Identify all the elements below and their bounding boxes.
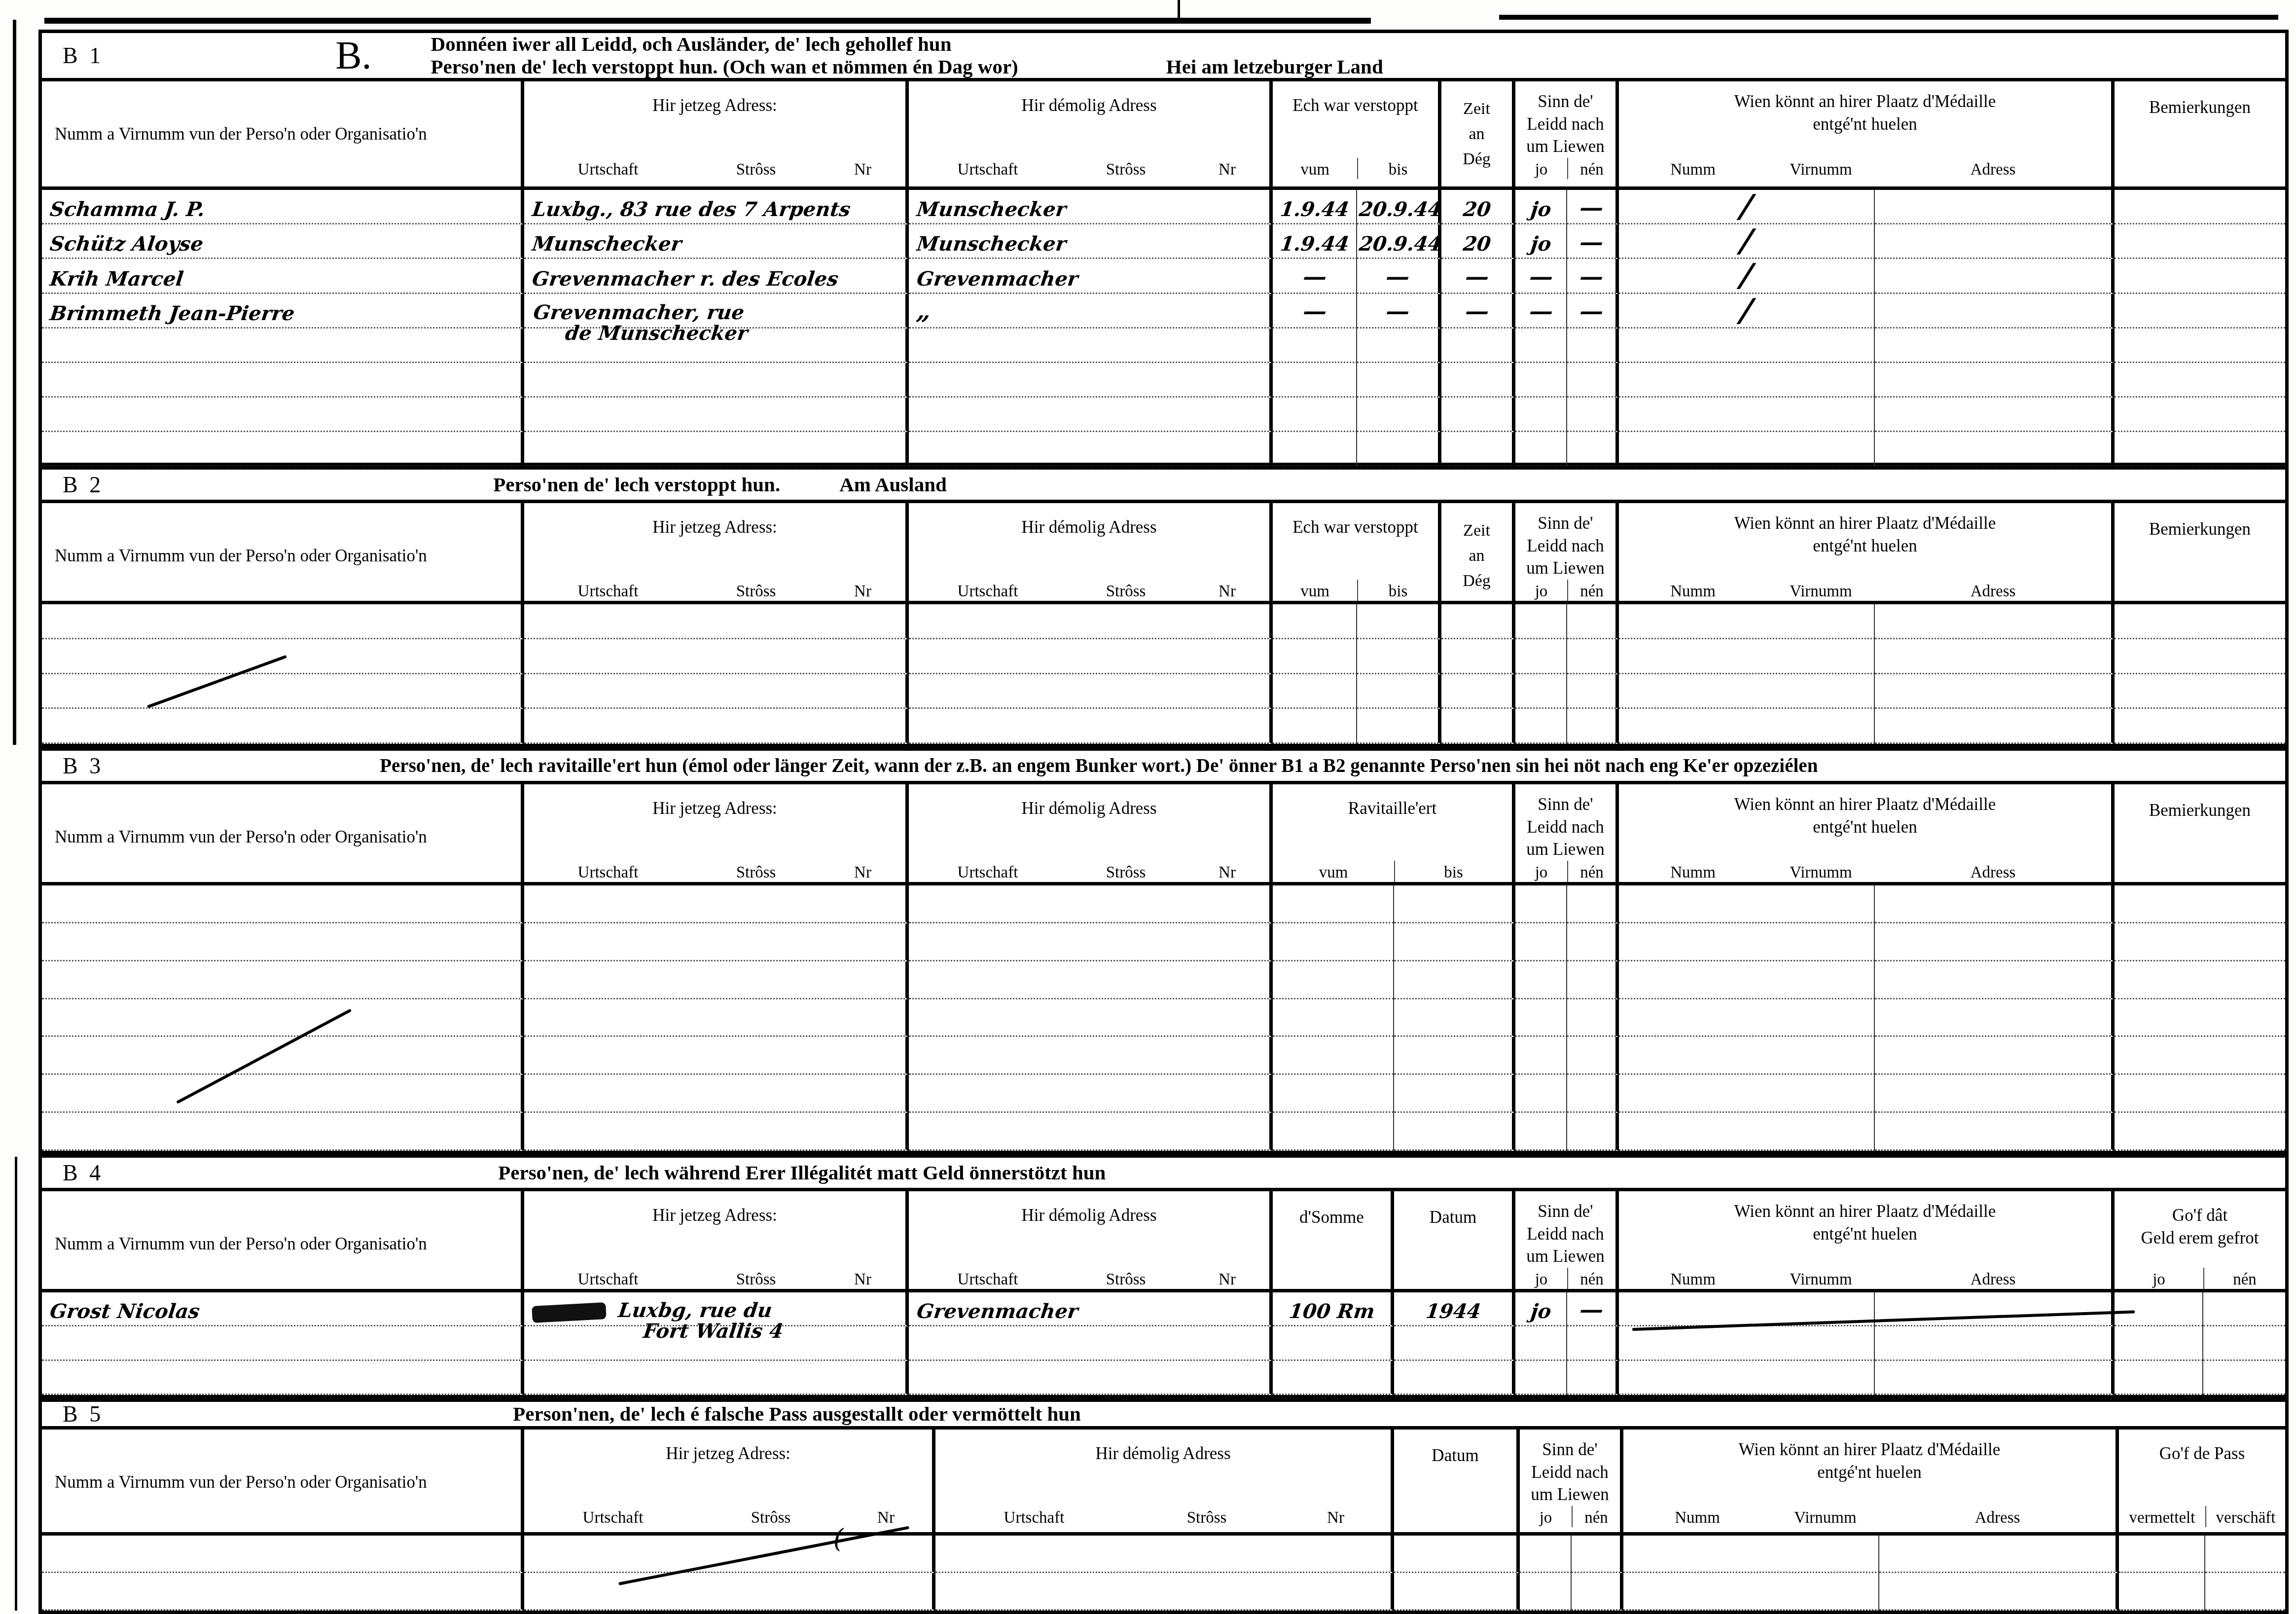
table-cell-zeit bbox=[1441, 398, 1515, 432]
table-cell-adress bbox=[1875, 1037, 2115, 1075]
table-cell-bem bbox=[2115, 259, 2285, 293]
table-cell-jo bbox=[1515, 1113, 1567, 1151]
table-cell-demolig bbox=[909, 1326, 1273, 1360]
table-cell-jo bbox=[1515, 923, 1567, 961]
table-cell-name bbox=[42, 1037, 524, 1075]
scan-edge-line-lower bbox=[15, 1157, 17, 1611]
table-cell-bis bbox=[1357, 363, 1441, 398]
table-cell-demolig bbox=[909, 709, 1273, 744]
table-cell-bem bbox=[2115, 961, 2285, 999]
table-cell-verm bbox=[2119, 1536, 2205, 1573]
column-subheader-urtschaft: Urtschaft bbox=[524, 1506, 702, 1527]
table-cell-nen bbox=[1567, 329, 1619, 363]
section-b2: B 2 Perso'nen de' lech verstoppt hun.Am … bbox=[38, 466, 2289, 747]
top-border-line bbox=[44, 18, 1371, 24]
handwritten-entry: 1944 bbox=[1422, 1301, 1484, 1325]
table-cell-vum bbox=[1273, 1075, 1394, 1113]
handwritten-entry: — bbox=[1576, 299, 1607, 327]
column-subheader-stross: Strôss bbox=[1067, 1268, 1185, 1289]
table-cell-zeit: 20 bbox=[1441, 224, 1515, 259]
column-subheader-adress: Adress bbox=[1875, 158, 2111, 179]
table-cell-demolig bbox=[909, 999, 1273, 1037]
handwritten-entry: — bbox=[1461, 299, 1492, 327]
handwritten-entry: — bbox=[1576, 264, 1607, 292]
table-cell-gjo bbox=[2115, 1326, 2203, 1360]
table-b1: Numm a Virnumm vun der Perso'n oder Orga… bbox=[42, 81, 2285, 467]
table-cell-name bbox=[42, 961, 524, 999]
table-cell-bem bbox=[2115, 1075, 2285, 1113]
table-cell-jo bbox=[1515, 1075, 1567, 1113]
column-subheader-nr: Nr bbox=[820, 1268, 905, 1289]
table-header-row: Numm a Virnumm vun der Perso'n oder Orga… bbox=[42, 784, 2285, 885]
column-subheader-nr: Nr bbox=[1185, 1268, 1269, 1289]
table-body bbox=[42, 885, 2285, 1151]
column-subheader-adress: Adress bbox=[1875, 861, 2111, 882]
table-cell-name: Krih Marcel bbox=[42, 259, 524, 293]
table-cell-vum bbox=[1273, 674, 1357, 709]
section-b4: B 4 Perso'nen, de' lech während Erer Ill… bbox=[38, 1154, 2289, 1398]
table-cell-bem bbox=[2115, 398, 2285, 432]
table-cell-gjo bbox=[2115, 1361, 2203, 1395]
table-cell-demolig bbox=[909, 639, 1273, 674]
table-cell-bem bbox=[2115, 1037, 2285, 1075]
table-cell-adress bbox=[1875, 999, 2115, 1037]
column-header-wien: Wien könnt an hirer Plaatz d'Médailleent… bbox=[1623, 1430, 2119, 1535]
table-cell-jetzeg bbox=[524, 1536, 935, 1573]
column-header-sinn: Sinn de'Leidd nachum Liewenjonén bbox=[1520, 1430, 1623, 1535]
table-cell-gnen bbox=[2203, 1326, 2285, 1360]
table-cell-demolig: „ bbox=[909, 294, 1273, 329]
table-cell-bem bbox=[2115, 674, 2285, 709]
column-subheader-virnumm: Virnumm bbox=[1767, 861, 1875, 882]
table-cell-nen bbox=[1567, 923, 1619, 961]
table-cell-bem bbox=[2115, 224, 2285, 259]
table-cell-jetzeg bbox=[524, 432, 909, 467]
handwritten-entry: jo bbox=[1527, 234, 1554, 257]
column-header-gof_pass: Go'f de Passvermetteltverschäft bbox=[2119, 1430, 2285, 1535]
table-cell-demolig bbox=[909, 1361, 1273, 1395]
table-cell-datum bbox=[1394, 1361, 1515, 1395]
table-cell-versch bbox=[2205, 1536, 2285, 1573]
column-subheader-virnumm: Virnumm bbox=[1771, 1506, 1879, 1527]
table-cell-wien bbox=[1619, 604, 1875, 639]
table-cell-nen bbox=[1567, 1361, 1619, 1395]
table-cell-adress bbox=[1875, 674, 2115, 709]
table-cell-adress bbox=[1875, 639, 2115, 674]
table-b3: Numm a Virnumm vun der Perso'n oder Orga… bbox=[42, 784, 2285, 1151]
column-subheader-virnumm: Virnumm bbox=[1767, 158, 1875, 179]
table-cell-jetzeg bbox=[524, 999, 909, 1037]
table-cell-nen bbox=[1567, 709, 1619, 744]
table-cell-jetzeg: Luxbg., 83 rue des 7 Arpents bbox=[524, 190, 909, 224]
table-cell-name: Schamma J. P. bbox=[42, 190, 524, 224]
handwritten-entry: 1.9.44 bbox=[1277, 199, 1352, 223]
table-cell-wien bbox=[1619, 923, 1875, 961]
table-cell-bis bbox=[1357, 398, 1441, 432]
table-cell-datum: 1944 bbox=[1394, 1292, 1515, 1326]
table-cell-jetzeg bbox=[524, 639, 909, 674]
handwritten-entry: / bbox=[1737, 224, 1757, 257]
table-cell-jetzeg bbox=[524, 674, 909, 709]
handwritten-entry: — bbox=[1576, 230, 1607, 257]
table-cell-nen bbox=[1567, 1037, 1619, 1075]
table-cell-jo: jo bbox=[1515, 190, 1567, 224]
table-cell-vum: — bbox=[1273, 259, 1357, 293]
table-cell-bem bbox=[2115, 190, 2285, 224]
table-cell-name: Grost Nicolas bbox=[42, 1292, 524, 1326]
table-cell-wien bbox=[1619, 398, 1875, 432]
table-cell-name bbox=[42, 1113, 524, 1151]
column-header-datum: Datum bbox=[1394, 1191, 1515, 1297]
section-b5-titlebar: B 5 Person'nen, de' lech é falsche Pass … bbox=[42, 1402, 2285, 1430]
section-b3: B 3 Perso'nen, de' lech ravitaille'ert h… bbox=[38, 747, 2289, 1154]
table-cell-datum bbox=[1394, 1536, 1520, 1573]
table-cell-wien bbox=[1623, 1536, 1879, 1573]
table-cell-zeit bbox=[1441, 639, 1515, 674]
column-header-wien: Wien könnt an hirer Plaatz d'Médailleent… bbox=[1619, 1191, 2115, 1297]
column-subheader-vum: vum bbox=[1273, 158, 1357, 179]
title-right-label: Hei am letzeburger Land bbox=[1166, 55, 1383, 78]
column-subheader-nr: Nr bbox=[820, 861, 905, 882]
table-cell-vum: 1.9.44 bbox=[1273, 190, 1357, 224]
column-header-zeit: ZeitanDég bbox=[1441, 503, 1515, 609]
column-header-demolig: Hir démolig AdressUrtschaftStrôssNr bbox=[909, 503, 1273, 609]
table-cell-adress bbox=[1879, 1573, 2119, 1611]
column-subheader-virnumm: Virnumm bbox=[1767, 1268, 1875, 1289]
table-cell-demolig bbox=[909, 329, 1273, 363]
fold-tick-mark bbox=[1178, 0, 1180, 19]
table-cell-jo bbox=[1515, 604, 1567, 639]
top-border-line-right bbox=[1499, 15, 2278, 20]
table-cell-adress bbox=[1875, 259, 2115, 293]
column-subheader-urtschaft: Urtschaft bbox=[909, 580, 1067, 601]
table-cell-name bbox=[42, 885, 524, 923]
title-line-1: Donnéen iwer all Leidd, och Ausländer, d… bbox=[431, 33, 1383, 56]
column-subheader-nr: Nr bbox=[1185, 861, 1269, 882]
table-cell-nen bbox=[1567, 961, 1619, 999]
table-cell-demolig bbox=[909, 923, 1273, 961]
column-subheader-numm: Numm bbox=[1619, 1268, 1767, 1289]
table-cell-demolig: Grevenmacher bbox=[909, 1292, 1273, 1326]
handwritten-entry: — bbox=[1576, 1297, 1607, 1325]
table-cell-adress bbox=[1875, 294, 2115, 329]
table-cell-bis bbox=[1394, 1037, 1515, 1075]
table-cell-bem bbox=[2115, 432, 2285, 467]
handwritten-entry: Grevenmacher, rue de Munschecker bbox=[521, 302, 753, 347]
column-header-ravitailleert: Ravitaille'ertvumbis bbox=[1273, 784, 1515, 890]
column-header-name: Numm a Virnumm vun der Perso'n oder Orga… bbox=[42, 1191, 524, 1297]
table-cell-jo bbox=[1515, 961, 1567, 999]
table-cell-gjo bbox=[2115, 1292, 2203, 1326]
section-b4-titlebar: B 4 Perso'nen, de' lech während Erer Ill… bbox=[42, 1158, 2285, 1191]
table-cell-jetzeg: Luxbg, rue du Fort Wallis 4 bbox=[524, 1292, 909, 1326]
table-cell-adress bbox=[1879, 1536, 2119, 1573]
section-b1-titlebar: B 1 B. Donnéen iwer all Leidd, och Auslä… bbox=[42, 33, 2285, 81]
table-cell-zeit: — bbox=[1441, 259, 1515, 293]
table-cell-bem bbox=[2115, 604, 2285, 639]
table-cell-jo bbox=[1515, 1037, 1567, 1075]
handwritten-entry: jo bbox=[1527, 1301, 1554, 1325]
table-cell-jo bbox=[1520, 1573, 1572, 1611]
handwritten-entry: — bbox=[1525, 299, 1556, 327]
table-cell-somme bbox=[1273, 1326, 1394, 1360]
table-cell-jetzeg bbox=[524, 885, 909, 923]
column-subheader-jo: jo bbox=[1515, 580, 1567, 601]
column-subheader-stross: Strôss bbox=[702, 1506, 840, 1527]
table-cell-wien bbox=[1623, 1573, 1879, 1611]
handwritten-entry: Munschecker bbox=[523, 234, 684, 257]
column-subheader-vermettelt: vermettelt bbox=[2119, 1506, 2205, 1527]
table-body bbox=[42, 1536, 2285, 1611]
handwritten-entry: 100 Rm bbox=[1286, 1301, 1378, 1325]
table-cell-zeit bbox=[1441, 329, 1515, 363]
table-cell-name bbox=[42, 999, 524, 1037]
column-subheader-numm: Numm bbox=[1619, 158, 1767, 179]
column-subheader-stross: Strôss bbox=[692, 861, 820, 882]
table-cell-bem bbox=[2115, 999, 2285, 1037]
table-cell-bis: — bbox=[1357, 294, 1441, 329]
handwritten-entry: Schütz Aloyse bbox=[40, 234, 207, 257]
table-cell-bis bbox=[1394, 885, 1515, 923]
table-cell-wien: / bbox=[1619, 190, 1875, 224]
column-header-zeit: ZeitanDég bbox=[1441, 81, 1515, 187]
handwritten-entry: Grevenmacher bbox=[907, 1301, 1081, 1325]
column-header-wien: Wien könnt an hirer Plaatz d'Médailleent… bbox=[1619, 784, 2115, 890]
table-cell-nen bbox=[1572, 1573, 1623, 1611]
table-cell-jetzeg bbox=[524, 363, 909, 398]
table-cell-wien bbox=[1619, 961, 1875, 999]
column-header-jetzeg: Hir jetzeg Adress:UrtschaftStrôssNr bbox=[524, 1191, 909, 1297]
column-subheader-numm: Numm bbox=[1619, 861, 1767, 882]
table-cell-wien bbox=[1619, 999, 1875, 1037]
table-cell-adress bbox=[1875, 885, 2115, 923]
section-id: B 1 bbox=[63, 42, 104, 69]
table-cell-demolig bbox=[909, 1075, 1273, 1113]
column-header-name: Numm a Virnumm vun der Perso'n oder Orga… bbox=[42, 1430, 524, 1535]
table-cell-gnen bbox=[2203, 1292, 2285, 1326]
table-cell-name bbox=[42, 1075, 524, 1113]
column-header-bem: Bemierkungen bbox=[2115, 784, 2285, 890]
table-cell-name bbox=[42, 674, 524, 709]
table-cell-bis bbox=[1394, 923, 1515, 961]
table-cell-vum: 1.9.44 bbox=[1273, 224, 1357, 259]
table-cell-nen bbox=[1567, 674, 1619, 709]
column-subheader-stross: Strôss bbox=[1067, 158, 1185, 179]
table-cell-name bbox=[42, 1361, 524, 1395]
table-b4: Numm a Virnumm vun der Perso'n oder Orga… bbox=[42, 1191, 2285, 1395]
table-cell-name bbox=[42, 709, 524, 744]
handwritten-entry: Luxbg., 83 rue des 7 Arpents bbox=[523, 199, 854, 223]
table-cell-adress bbox=[1875, 709, 2115, 744]
table-cell-bem bbox=[2115, 709, 2285, 744]
column-header-somme: d'Somme bbox=[1273, 1191, 1394, 1297]
column-header-jetzeg: Hir jetzeg Adress:UrtschaftStrôssNr bbox=[524, 503, 909, 609]
section-id: B 5 bbox=[63, 1401, 104, 1427]
table-cell-vum bbox=[1273, 885, 1394, 923]
table-cell-wien bbox=[1619, 1326, 1875, 1360]
column-subheader-stross: Strôss bbox=[1067, 861, 1185, 882]
column-header-demolig: Hir démolig AdressUrtschaftStrôssNr bbox=[909, 784, 1273, 890]
table-cell-versch bbox=[2205, 1573, 2285, 1611]
column-header-demolig: Hir démolig AdressUrtschaftStrôssNr bbox=[935, 1430, 1394, 1535]
column-subheader-nen: nén bbox=[1567, 158, 1615, 179]
table-cell-jo bbox=[1515, 398, 1567, 432]
table-cell-bem bbox=[2115, 294, 2285, 329]
column-subheader-stross: Strôss bbox=[692, 580, 820, 601]
table-body: Grost NicolasLuxbg, rue du Fort Wallis 4… bbox=[42, 1292, 2285, 1395]
table-cell-adress bbox=[1875, 190, 2115, 224]
column-header-verstoppt: Ech war verstopptvumbis bbox=[1273, 81, 1441, 187]
table-cell-wien bbox=[1619, 1037, 1875, 1075]
table-cell-wien bbox=[1619, 363, 1875, 398]
column-subheader-nen: nén bbox=[1567, 580, 1615, 601]
table-cell-jo bbox=[1515, 709, 1567, 744]
table-cell-bis bbox=[1394, 999, 1515, 1037]
table-cell-name bbox=[42, 923, 524, 961]
table-cell-name bbox=[42, 1573, 524, 1611]
section-title: Person'nen, de' lech é falsche Pass ausg… bbox=[513, 1403, 1081, 1426]
table-header-row: Numm a Virnumm vun der Perso'n oder Orga… bbox=[42, 1191, 2285, 1292]
column-header-gof_geld: Go'f dâtGeld erem gefrotjonén bbox=[2115, 1191, 2285, 1297]
table-cell-jo: jo bbox=[1515, 1292, 1567, 1326]
column-header-wien: Wien könnt an hirer Plaatz d'Médailleent… bbox=[1619, 503, 2115, 609]
table-cell-vum bbox=[1273, 923, 1394, 961]
column-header-name: Numm a Virnumm vun der Perso'n oder Orga… bbox=[42, 503, 524, 609]
table-cell-nen: — bbox=[1567, 294, 1619, 329]
title-right-label: Am Ausland bbox=[839, 473, 947, 496]
table-cell-zeit bbox=[1441, 363, 1515, 398]
table-cell-demolig bbox=[909, 674, 1273, 709]
table-cell-name bbox=[42, 604, 524, 639]
table-cell-bis bbox=[1357, 709, 1441, 744]
title-line: Person'nen, de' lech é falsche Pass ausg… bbox=[513, 1402, 1081, 1425]
title-line: Perso'nen de' lech verstoppt hun. bbox=[493, 473, 780, 496]
table-cell-jetzeg bbox=[524, 961, 909, 999]
column-header-sinn: Sinn de'Leidd nachum Liewenjonén bbox=[1515, 784, 1619, 890]
table-cell-adress bbox=[1875, 1292, 2115, 1326]
table-cell-vum bbox=[1273, 432, 1357, 467]
column-subheader-stross: Strôss bbox=[1067, 580, 1185, 601]
handwritten-entry: 20 bbox=[1460, 234, 1494, 257]
table-cell-bis: — bbox=[1357, 259, 1441, 293]
table-cell-zeit: 20 bbox=[1441, 190, 1515, 224]
handwritten-entry: 20.9.44 bbox=[1356, 199, 1445, 223]
table-cell-name bbox=[42, 432, 524, 467]
table-header-row: Numm a Virnumm vun der Perso'n oder Orga… bbox=[42, 1430, 2285, 1536]
column-subheader-jo: jo bbox=[1520, 1506, 1572, 1527]
table-header-row: Numm a Virnumm vun der Perso'n oder Orga… bbox=[42, 503, 2285, 604]
table-cell-nen: — bbox=[1567, 224, 1619, 259]
table-cell-jetzeg bbox=[524, 398, 909, 432]
table-cell-adress bbox=[1875, 224, 2115, 259]
table-cell-demolig bbox=[935, 1536, 1394, 1573]
column-header-name: Numm a Virnumm vun der Perso'n oder Orga… bbox=[42, 81, 524, 187]
column-subheader-urtschaft: Urtschaft bbox=[909, 1268, 1067, 1289]
table-cell-jetzeg bbox=[524, 709, 909, 744]
table-cell-nen bbox=[1567, 1326, 1619, 1360]
table-cell-bem bbox=[2115, 923, 2285, 961]
table-cell-nen bbox=[1567, 999, 1619, 1037]
column-subheader-urtschaft: Urtschaft bbox=[909, 158, 1067, 179]
table-cell-jetzeg: Grevenmacher r. des Ecoles bbox=[524, 259, 909, 293]
table-cell-jo bbox=[1515, 329, 1567, 363]
table-cell-jetzeg bbox=[524, 923, 909, 961]
column-subheader-jo: jo bbox=[1515, 861, 1567, 882]
table-cell-zeit bbox=[1441, 604, 1515, 639]
handwritten-entry: / bbox=[1737, 259, 1757, 292]
table-body: Schamma J. P.Luxbg., 83 rue des 7 Arpent… bbox=[42, 190, 2285, 467]
table-cell-jetzeg bbox=[524, 604, 909, 639]
section-title: Perso'nen, de' lech während Erer Illégal… bbox=[498, 1162, 1106, 1184]
table-b5: Numm a Virnumm vun der Perso'n oder Orga… bbox=[42, 1430, 2285, 1611]
table-cell-zeit bbox=[1441, 709, 1515, 744]
table-cell-datum bbox=[1394, 1573, 1520, 1611]
table-cell-nen: — bbox=[1567, 1292, 1619, 1326]
table-cell-somme: 100 Rm bbox=[1273, 1292, 1394, 1326]
column-header-datum: Datum bbox=[1394, 1430, 1520, 1535]
handwritten-entry: jo bbox=[1527, 199, 1554, 223]
column-header-sinn: Sinn de'Leidd nachum Liewenjonén bbox=[1515, 1191, 1619, 1297]
handwritten-entry: Luxbg, rue du Fort Wallis 4 bbox=[606, 1300, 789, 1345]
table-cell-wien: / bbox=[1619, 259, 1875, 293]
column-header-bem: Bemierkungen bbox=[2115, 81, 2285, 187]
handwritten-entry: — bbox=[1299, 299, 1330, 327]
handwritten-entry: / bbox=[1737, 190, 1757, 223]
section-title: Donnéen iwer all Leidd, och Ausländer, d… bbox=[431, 33, 1383, 78]
table-cell-vum bbox=[1273, 1113, 1394, 1151]
table-cell-wien bbox=[1619, 709, 1875, 744]
table-header-row: Numm a Virnumm vun der Perso'n oder Orga… bbox=[42, 81, 2285, 190]
column-subheader-jo: jo bbox=[1515, 158, 1567, 179]
table-cell-name bbox=[42, 1326, 524, 1360]
column-subheader-stross: Strôss bbox=[692, 158, 820, 179]
table-cell-jetzeg bbox=[524, 1075, 909, 1113]
column-header-jetzeg: Hir jetzeg Adress:UrtschaftStrôssNr bbox=[524, 784, 909, 890]
table-cell-jo: — bbox=[1515, 294, 1567, 329]
table-cell-bis bbox=[1357, 329, 1441, 363]
column-header-demolig: Hir démolig AdressUrtschaftStrôssNr bbox=[909, 81, 1273, 187]
column-subheader-urtschaft: Urtschaft bbox=[524, 580, 692, 601]
column-header-name: Numm a Virnumm vun der Perso'n oder Orga… bbox=[42, 784, 524, 890]
crossed-out-word bbox=[532, 1302, 607, 1323]
pen-mark: ( bbox=[833, 1524, 843, 1554]
table-cell-jetzeg bbox=[524, 1573, 935, 1611]
column-subheader-stross: Strôss bbox=[692, 1268, 820, 1289]
table-cell-jo bbox=[1515, 999, 1567, 1037]
table-cell-bem bbox=[2115, 329, 2285, 363]
title-line-2: Perso'nen de' lech verstoppt hun. (Och w… bbox=[431, 55, 1018, 78]
table-cell-verm bbox=[2119, 1573, 2205, 1611]
title-line-2-row: Perso'nen de' lech verstoppt hun. (Och w… bbox=[431, 56, 1383, 78]
section-b1: B 1 B. Donnéen iwer all Leidd, och Auslä… bbox=[38, 30, 2289, 466]
table-cell-zeit: — bbox=[1441, 294, 1515, 329]
column-subheader-adress: Adress bbox=[1879, 1506, 2116, 1527]
table-cell-wien: / bbox=[1619, 294, 1875, 329]
table-cell-demolig bbox=[909, 398, 1273, 432]
table-body bbox=[42, 604, 2285, 744]
column-subheader-nr: Nr bbox=[820, 158, 905, 179]
table-cell-wien bbox=[1619, 639, 1875, 674]
table-cell-adress bbox=[1875, 363, 2115, 398]
table-cell-vum bbox=[1273, 604, 1357, 639]
table-cell-nen bbox=[1567, 1113, 1619, 1151]
table-cell-name bbox=[42, 398, 524, 432]
handwritten-entry: — bbox=[1382, 264, 1413, 292]
handwritten-entry: Grevenmacher bbox=[907, 269, 1081, 293]
table-cell-nen bbox=[1567, 604, 1619, 639]
column-subheader-bis: bis bbox=[1357, 580, 1438, 601]
table-cell-jo bbox=[1515, 432, 1567, 467]
